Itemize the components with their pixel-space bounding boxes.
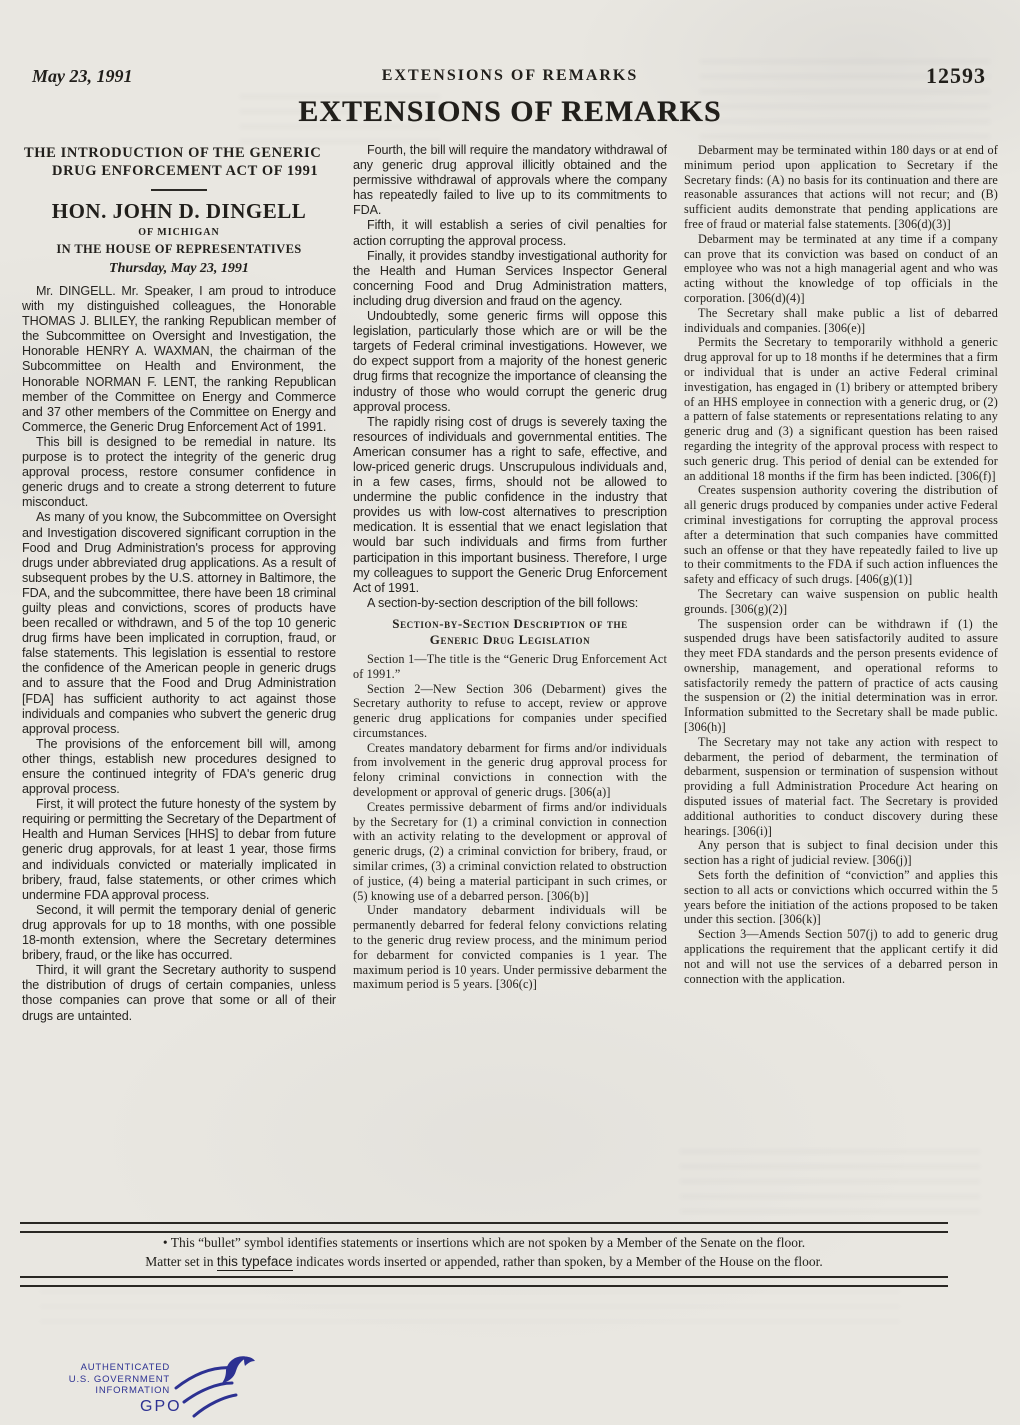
paragraph: The provisions of the enforcement bill w…	[22, 737, 336, 797]
main-title: EXTENSIONS OF REMARKS	[0, 95, 1020, 129]
paragraph: The Secretary shall make public a list o…	[684, 306, 998, 336]
footnote-typeface-line: Matter set in this typeface indicates wo…	[20, 1254, 948, 1270]
heading-divider-rule	[151, 189, 207, 191]
paragraph: Second, it will permit the temporary den…	[22, 903, 336, 963]
congressional-record-page: May 23, 1991 EXTENSIONS OF REMARKS 12593…	[0, 0, 1020, 1425]
paragraph: The suspension order can be withdrawn if…	[684, 617, 998, 735]
paragraph: Permits the Secretary to temporarily wit…	[684, 335, 998, 483]
paragraph: Third, it will grant the Secretary autho…	[22, 963, 336, 1023]
footnote: • This “bullet” symbol identifies statem…	[20, 1232, 948, 1274]
bleedthrough-artifact	[40, 1290, 900, 1330]
paragraph: Sets forth the definition of “conviction…	[684, 868, 998, 927]
paragraph: Undoubtedly, some generic firms will opp…	[353, 309, 667, 415]
page-number: 12593	[926, 63, 986, 89]
paragraph: The Secretary may not take any action wi…	[684, 735, 998, 839]
gpo-information-label: INFORMATION	[52, 1385, 170, 1397]
gpo-authenticated-label: AUTHENTICATED	[52, 1362, 170, 1374]
article-author-state: OF MICHIGAN	[22, 227, 336, 238]
column-1: THE INTRODUCTION OF THE GENERIC DRUG ENF…	[22, 143, 336, 1215]
gpo-government-label: U.S. GOVERNMENT	[52, 1374, 170, 1386]
article-author: HON. JOHN D. DINGELL	[22, 199, 336, 224]
paragraph: The Secretary can waive suspension on pu…	[684, 587, 998, 617]
paragraph: Fifth, it will establish a series of civ…	[353, 218, 667, 248]
paragraph: Section 3—Amends Section 507(j) to add t…	[684, 927, 998, 986]
section-by-section-heading: Section-by-Section Description of the Ge…	[353, 616, 667, 648]
column-2-body-serif: Section 1—The title is the “Generic Drug…	[353, 652, 667, 992]
section-heading-line2: Generic Drug Legislation	[353, 632, 667, 648]
article-heading: THE INTRODUCTION OF THE GENERIC DRUG ENF…	[24, 145, 336, 180]
article-chamber: IN THE HOUSE OF REPRESENTATIVES	[22, 242, 336, 257]
running-head-title: EXTENSIONS OF REMARKS	[30, 67, 990, 85]
paragraph: A section-by-section description of the …	[353, 596, 667, 611]
footnote-typeface-sample: this typeface	[217, 1254, 293, 1271]
paragraph: Debarment may be terminated within 180 d…	[684, 143, 998, 232]
footnote-bullet-text: This “bullet” symbol identifies statemen…	[168, 1235, 806, 1250]
column-2-body-sans: Fourth, the bill will require the mandat…	[353, 143, 667, 611]
paragraph: Debarment may be terminated at any time …	[684, 232, 998, 306]
paragraph: Finally, it provides standby investigati…	[353, 249, 667, 309]
paragraph: Any person that is subject to final deci…	[684, 838, 998, 868]
column-3-body: Debarment may be terminated within 180 d…	[684, 143, 998, 986]
paragraph: Section 1—The title is the “Generic Drug…	[353, 652, 667, 682]
paragraph: Creates suspension authority covering th…	[684, 483, 998, 587]
paragraph: Fourth, the bill will require the mandat…	[353, 143, 667, 218]
text-columns: THE INTRODUCTION OF THE GENERIC DRUG ENF…	[22, 143, 998, 1215]
paragraph: Section 2—New Section 306 (Debarment) gi…	[353, 682, 667, 741]
paragraph: As many of you know, the Subcommittee on…	[22, 510, 336, 736]
section-heading-line1: Section-by-Section Description of the	[353, 616, 667, 632]
article-dateline: Thursday, May 23, 1991	[22, 261, 336, 277]
footnote-bullet-line: • This “bullet” symbol identifies statem…	[20, 1235, 948, 1251]
column-1-body: Mr. DINGELL. Mr. Speaker, I am proud to …	[22, 284, 336, 1024]
paragraph: This bill is designed to be remedial in …	[22, 435, 336, 510]
column-2: Fourth, the bill will require the mandat…	[353, 143, 667, 1215]
paragraph: The rapidly rising cost of drugs is seve…	[353, 415, 667, 596]
eagle-icon	[170, 1352, 256, 1424]
footnote-typeface-pre: Matter set in	[145, 1254, 217, 1269]
footnote-typeface-post: indicates words inserted or appended, ra…	[293, 1254, 823, 1269]
gpo-logo: AUTHENTICATED U.S. GOVERNMENT INFORMATIO…	[52, 1352, 252, 1424]
paragraph: First, it will protect the future honest…	[22, 797, 336, 903]
paragraph: Mr. DINGELL. Mr. Speaker, I am proud to …	[22, 284, 336, 435]
footnote-bottom-rule	[20, 1276, 948, 1287]
gpo-logo-text: AUTHENTICATED U.S. GOVERNMENT INFORMATIO…	[52, 1362, 170, 1397]
paragraph: Creates permissive debarment of firms an…	[353, 800, 667, 904]
paragraph: Creates mandatory debarment for firms an…	[353, 741, 667, 800]
column-3: Debarment may be terminated within 180 d…	[684, 143, 998, 1215]
paragraph: Under mandatory debarment individuals wi…	[353, 903, 667, 992]
running-head: May 23, 1991 EXTENSIONS OF REMARKS 12593	[30, 66, 990, 92]
